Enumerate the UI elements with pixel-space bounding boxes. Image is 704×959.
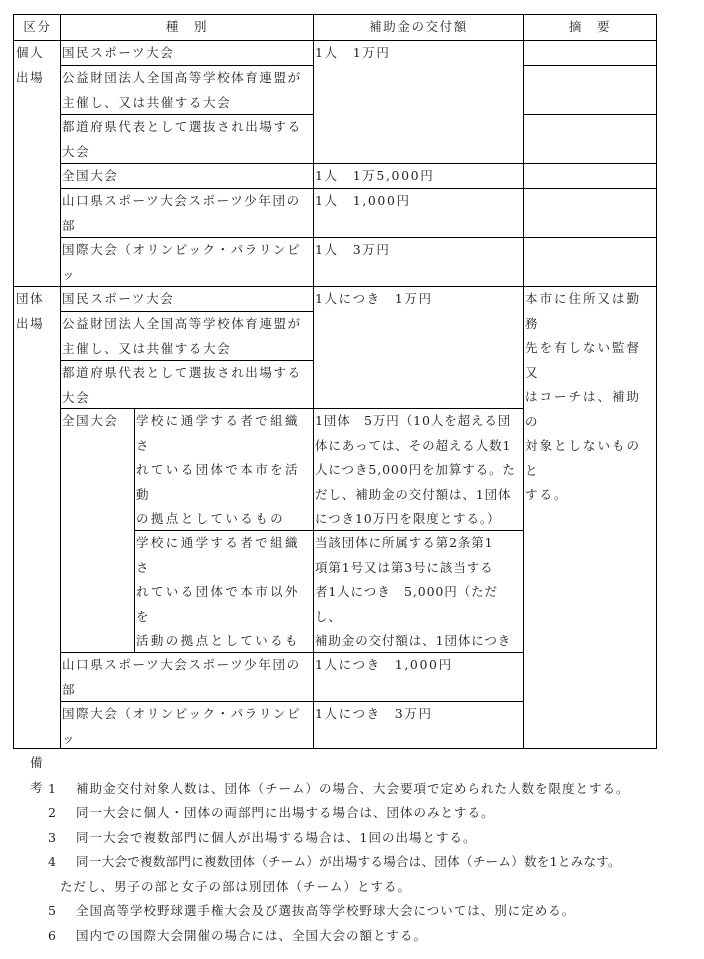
team-yamaguchi-amount: 1人につき 1,000円 — [313, 653, 523, 701]
note-number: 1 — [30, 777, 76, 802]
note-item: 1補助金交付対象人数は、団体（チーム）の場合、大会要項で定められた人数を限度とす… — [30, 777, 630, 802]
header-amount: 補助金の交付額 — [313, 15, 523, 40]
note-text: 国内での国際大会開催の場合には、全国大会の額とする。 — [76, 928, 427, 943]
team-national-sub-amount: 1団体 5万円（10人を超える団 体にあっては、その超える人数1 人につき5,0… — [313, 409, 523, 530]
note-number: 3 — [30, 826, 76, 851]
team-national-sub-amount: 当該団体に所属する第2条第1 項第1号又は第3号に該当する 者1人につき 5,0… — [313, 531, 523, 652]
team-national-label: 全国大会 — [60, 409, 134, 652]
header-category: 区分 — [14, 15, 60, 40]
team-type-row: 国民スポーツ大会 — [60, 287, 313, 311]
category-team: 団体 出場 — [14, 287, 60, 747]
individual-type-row: 山口県スポーツ大会スポーツ少年団の 部 — [60, 189, 313, 237]
note-number: 5 — [30, 899, 76, 924]
row-divider — [523, 114, 656, 115]
individual-type-row: 公益財団法人全国高等学校体育連盟が 主催し、又は共催する大会 — [60, 66, 313, 114]
category-individual: 個人 出場 — [14, 41, 60, 286]
team-yamaguchi-type: 山口県スポーツ大会スポーツ少年団の 部 — [60, 653, 313, 701]
individual-type-row: 国民スポーツ大会 — [60, 41, 313, 65]
subsidy-table: 区分 種 別 補助金の交付額 摘 要 個人 出場 国民スポーツ大会 公益財団法人… — [13, 14, 657, 749]
team-amount-group1: 1人につき 1万円 — [313, 287, 523, 408]
individual-amount-yamaguchi: 1人 1,000円 — [313, 189, 523, 237]
team-international-amount: 1人につき 3万円 — [313, 702, 523, 748]
individual-type-row: 国際大会（オリンピック・パラリンピッ ク及び世界選手権大会等を除く。） — [60, 238, 313, 286]
note-item: 3同一大会で複数部門に個人が出場する場合は、1回の出場とする。 — [30, 826, 476, 851]
individual-type-row: 都道府県代表として選抜され出場する 大会 — [60, 115, 313, 163]
individual-type-row: 全国大会 — [60, 164, 313, 188]
team-national-sub-type: 学校に通学する者で組織さ れている団体で本市以外を 活動の拠点としているもの — [134, 531, 313, 652]
note-number: 6 — [30, 924, 76, 949]
individual-amount-international: 1人 3万円 — [313, 238, 523, 286]
note-text: 同一大会で複数部門に個人が出場する場合は、1回の出場とする。 — [76, 830, 476, 845]
note-text: 同一大会で複数部門に複数団体（チーム）が出場する場合は、団体（チーム）数を1とみ… — [76, 854, 621, 869]
note-text: 全国高等学校野球選手権大会及び選抜高等学校野球大会については、別に定める。 — [76, 903, 575, 918]
header-remarks: 摘 要 — [523, 15, 656, 40]
note-text: 補助金交付対象人数は、団体（チーム）の場合、大会要項で定められた人数を限度とする… — [76, 781, 630, 796]
team-national-sub-type: 学校に通学する者で組織さ れている団体で本市を活動 の拠点としているもの — [134, 409, 313, 530]
row-divider — [523, 65, 656, 66]
team-international-type: 国際大会（オリンピック・パラリンピッ ク及び世界選手権大会等を除く。） — [60, 702, 313, 748]
note-item: 6国内での国際大会開催の場合には、全国大会の額とする。 — [30, 924, 427, 949]
note-number: 4 — [30, 850, 76, 875]
note-text: 同一大会に個人・団体の両部門に出場する場合は、団体のみとする。 — [76, 805, 495, 820]
note-item: 4同一大会で複数部門に複数団体（チーム）が出場する場合は、団体（チーム）数を1と… — [30, 850, 621, 875]
team-type-row: 公益財団法人全国高等学校体育連盟が 主催し、又は共催する大会 — [60, 312, 313, 360]
team-type-row: 都道府県代表として選抜され出場する 大会 — [60, 361, 313, 408]
note-item: 5全国高等学校野球選手権大会及び選抜高等学校野球大会については、別に定める。 — [30, 899, 575, 924]
team-remarks: 本市に住所又は勤務 先を有しない監督又 はコーチは、補助の 対象としないものと … — [523, 287, 656, 747]
note-item: 2同一大会に個人・団体の両部門に出場する場合は、団体のみとする。 — [30, 801, 495, 826]
header-type: 種 別 — [60, 15, 313, 40]
individual-amount-national: 1人 1万5,000円 — [313, 164, 523, 188]
individual-amount-group1: 1人 1万円 — [313, 41, 523, 163]
note-number: 2 — [30, 801, 76, 826]
note-continuation: ただし、男子の部と女子の部は別団体（チーム）とする。 — [60, 875, 411, 900]
